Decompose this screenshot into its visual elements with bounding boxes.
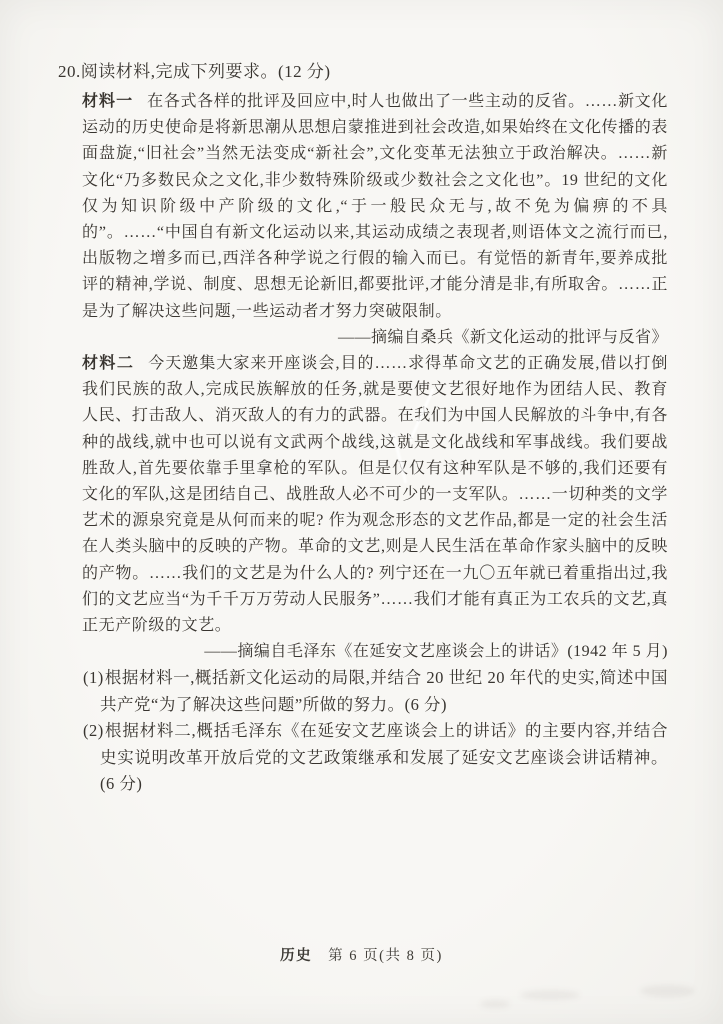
sub-question-1: (1)根据材料一,概括新文化运动的局限,并结合 20 世纪 20 年代的史实,简… xyxy=(58,665,668,718)
exam-content: 20.阅读材料,完成下列要求。(12 分) 材料一在各式各样的批评及回应中,时人… xyxy=(58,58,670,798)
sub-question-2: (2)根据材料二,概括毛泽东《在延安文艺座谈会上的讲话》的主要内容,并结合史实说… xyxy=(58,718,668,798)
material-1-text: 在各式各样的批评及回应中,时人也做出了一些主动的反省。……新文化运动的历史使命是… xyxy=(82,93,668,320)
sub-question-2-text: 根据材料二,概括毛泽东《在延安文艺座谈会上的讲话》的主要内容,并结合史实说明改革… xyxy=(100,721,668,793)
material-2-text: 今天邀集大家来开座谈会,目的……求得革命文艺的正确发展,借以打倒我们民族的敌人,… xyxy=(82,355,668,634)
question-number: 20. xyxy=(58,62,81,81)
material-1-paragraph: 材料一在各式各样的批评及回应中,时人也做出了一些主动的反省。……新文化运动的历史… xyxy=(82,89,668,325)
page-footer: 历史第 6 页(共 8 页) xyxy=(0,944,723,965)
sub-question-1-marker: (1) xyxy=(83,668,104,687)
scan-smudge-artifact xyxy=(520,990,580,1000)
material-2-attribution: ——摘编自毛泽东《在延安文艺座谈会上的讲话》(1942 年 5 月) xyxy=(82,639,668,665)
material-1-attribution: ——摘编自桑兵《新文化运动的批评与反省》 xyxy=(82,325,668,351)
exam-page: 20.阅读材料,完成下列要求。(12 分) 材料一在各式各样的批评及回应中,时人… xyxy=(0,0,723,1024)
question-prompt: 阅读材料,完成下列要求。(12 分) xyxy=(81,62,331,81)
scan-smudge-artifact xyxy=(480,1000,510,1008)
sub-question-2-marker: (2) xyxy=(83,721,104,740)
question-title: 20.阅读材料,完成下列要求。(12 分) xyxy=(58,58,670,85)
material-2-label: 材料二 xyxy=(82,355,134,372)
scan-smudge-artifact xyxy=(640,985,695,997)
sub-question-1-text: 根据材料一,概括新文化运动的局限,并结合 20 世纪 20 年代的史实,简述中国… xyxy=(100,668,668,714)
footer-page-number: 第 6 页(共 8 页) xyxy=(328,948,443,964)
footer-subject-label: 历史 xyxy=(280,948,312,964)
material-2-paragraph: 材料二今天邀集大家来开座谈会,目的……求得革命文艺的正确发展,借以打倒我们民族的… xyxy=(82,351,668,639)
material-1-label: 材料一 xyxy=(82,93,133,110)
